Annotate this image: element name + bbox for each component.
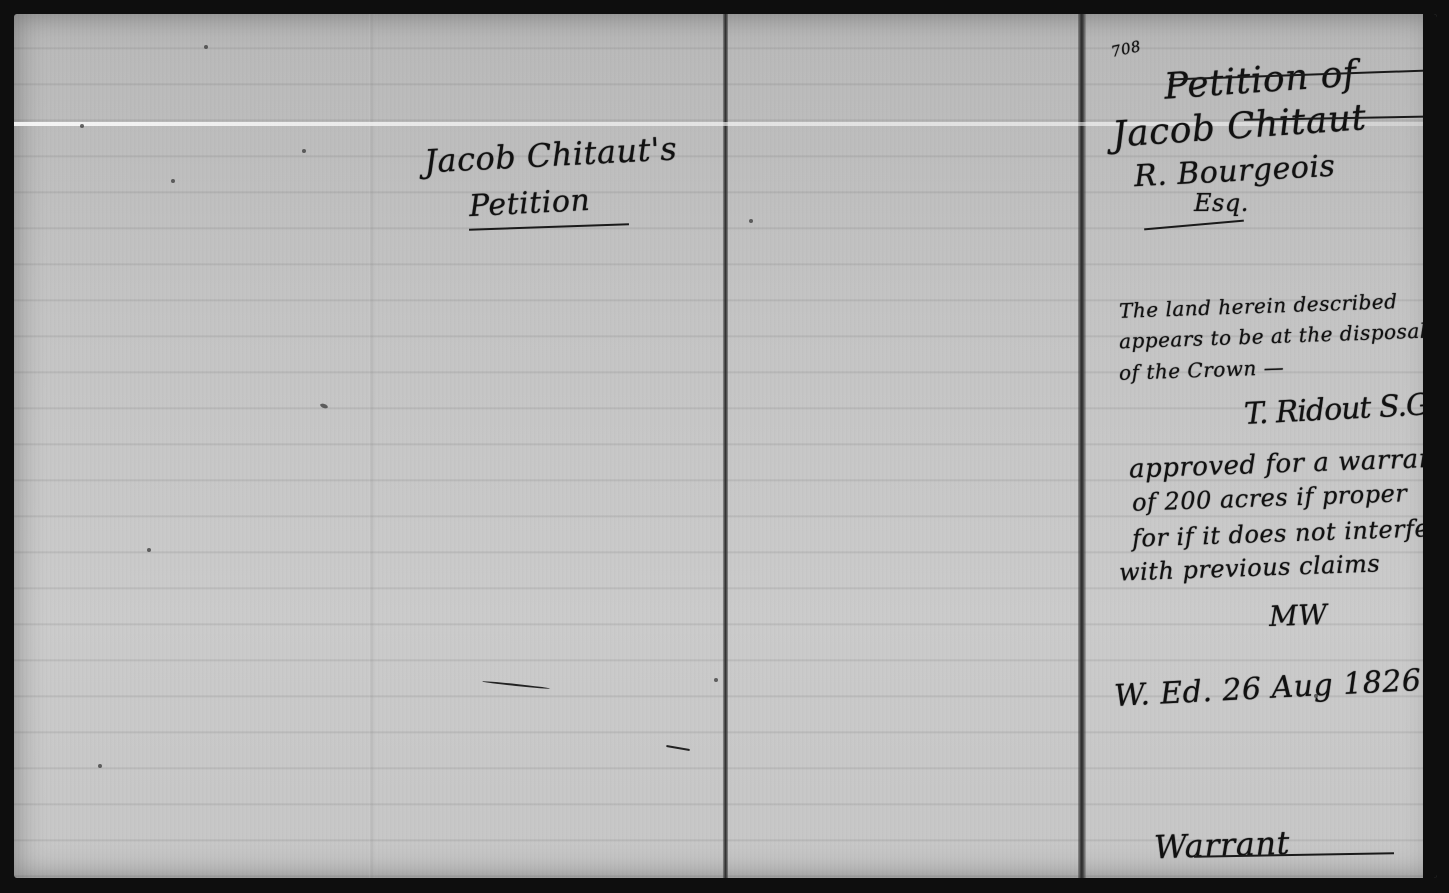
warrant-label: Warrant: [1153, 824, 1290, 867]
pen-stroke: [482, 680, 550, 689]
endorsement-title-line-3: R. Bourgeois: [1133, 149, 1336, 194]
ink-speck: [204, 45, 208, 49]
surveyor-note-line-1: The land herein described: [1119, 289, 1398, 323]
ink-speck: [80, 124, 84, 128]
ink-speck: [302, 149, 306, 153]
film-edge: [1423, 14, 1437, 878]
fold-line-3: [1078, 14, 1086, 878]
approval-line-2: of 200 acres if proper: [1132, 479, 1408, 517]
approval-line-4: with previous claims: [1119, 549, 1381, 586]
title-swash: [1144, 220, 1244, 231]
surveyor-signature: T. Ridout S.G.: [1243, 387, 1437, 432]
microfilm-frame: Jacob Chitaut's Petition 708 Petition of…: [0, 0, 1449, 893]
fold-line-2: [723, 14, 728, 878]
pen-stroke: [666, 745, 690, 751]
docket-label: Petition: [468, 183, 591, 224]
ink-speck: [98, 764, 102, 768]
fold-line-1: [369, 14, 375, 878]
ink-speck: [171, 179, 175, 183]
approval-line-3: for if it does not interfere: [1132, 513, 1437, 552]
approval-line-1: approved for a warrant: [1129, 443, 1437, 484]
ink-speck: [714, 678, 718, 682]
surveyor-note-line-3: of the Crown —: [1119, 355, 1285, 385]
ink-speck: [320, 403, 329, 409]
approval-initials: MW: [1268, 598, 1328, 633]
docket-name: Jacob Chitaut's: [423, 129, 678, 180]
docket-underline: [469, 223, 629, 231]
document-sheet: Jacob Chitaut's Petition 708 Petition of…: [14, 14, 1437, 878]
approval-date: W. Ed. 26 Aug 1826: [1113, 663, 1422, 714]
ink-speck: [749, 219, 753, 223]
ink-speck: [147, 548, 151, 552]
endorsement-title-line-2: Jacob Chitaut: [1111, 97, 1368, 156]
endorsement-title-line-4: Esq.: [1194, 189, 1249, 217]
reference-number: 708: [1109, 37, 1142, 61]
surveyor-note-line-2: appears to be at the disposal: [1119, 319, 1427, 354]
